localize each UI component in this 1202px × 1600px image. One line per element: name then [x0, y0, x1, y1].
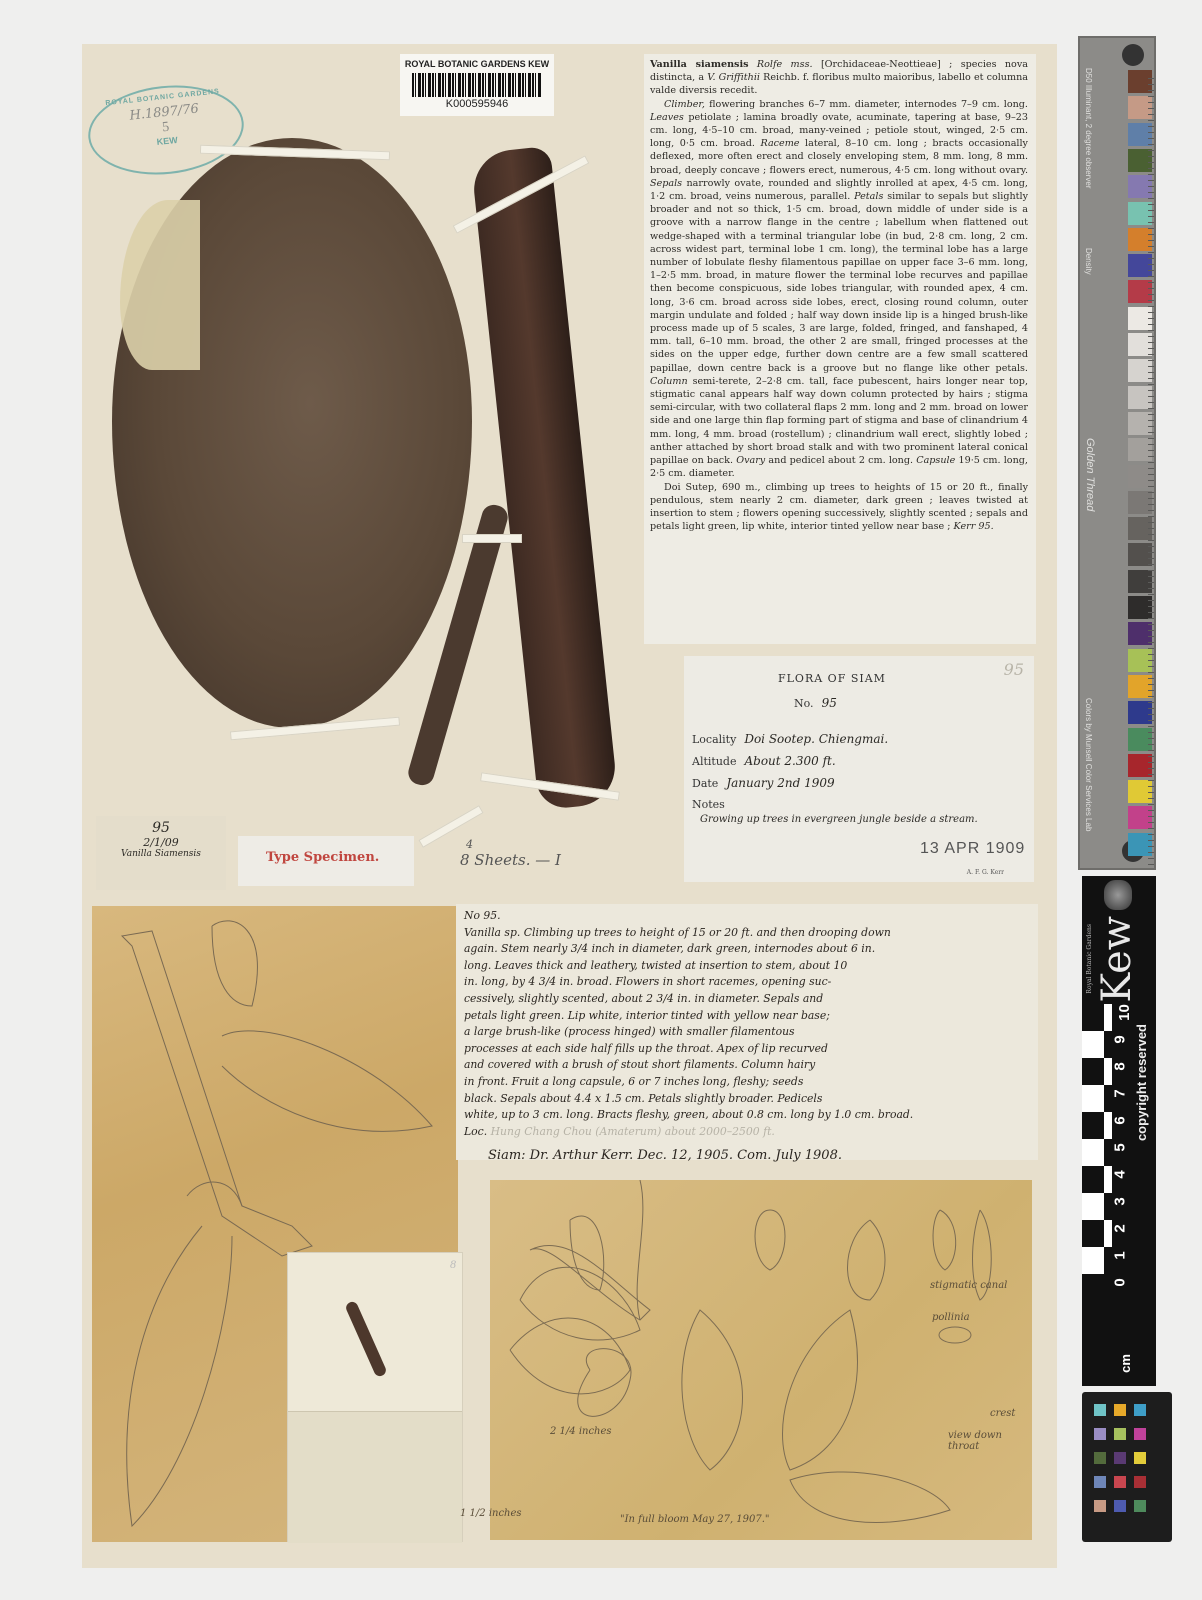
habit-text: flowering branches 6–7 mm. diameter, int…	[709, 99, 1028, 110]
mini-swatch	[1114, 1476, 1126, 1488]
received-date-stamp: 13 APR 1909	[920, 840, 1025, 858]
mini-swatch	[1114, 1428, 1126, 1440]
barcode-number: K000595946	[400, 98, 554, 110]
mini-swatch	[1134, 1500, 1146, 1512]
determination-slip: 95 2/1/09 Vanilla Siamensis	[96, 816, 226, 890]
notes-line: long. Leaves thick and leathery, twisted…	[464, 958, 1030, 975]
mini-swatch	[1094, 1452, 1106, 1464]
sheets-note: 4 8 Sheets. — I	[460, 838, 561, 869]
raceme-lead: Raceme	[761, 138, 800, 149]
habit-lead: Climber,	[664, 99, 705, 110]
loc-faint-text: Hung Chang Chou (Amaterum) about 2000–25…	[491, 1125, 775, 1138]
notes-line: petals light green. Lip white, interior …	[464, 1008, 1030, 1025]
mini-swatch	[1094, 1428, 1106, 1440]
mini-swatch	[1094, 1404, 1106, 1416]
loc-label: Loc.	[464, 1125, 487, 1138]
mounting-strip	[462, 534, 522, 543]
institution-name: ROYAL BOTANIC GARDENS KEW	[400, 59, 554, 69]
notes-line: white, up to 3 cm. long. Bracts fleshy, …	[464, 1107, 1030, 1124]
sepals-lead: Sepals	[650, 178, 682, 189]
tick-label: 7	[1112, 1089, 1129, 1097]
mini-color-checker	[1082, 1392, 1172, 1542]
botanical-drawing-flower-parts: stigmatic canal pollinia view down throa…	[490, 1180, 1032, 1540]
type-specimen-label: Type Specimen.	[238, 836, 414, 886]
mini-swatch	[1094, 1476, 1106, 1488]
flora-of-siam-label: 95 FLORA OF SIAM No.95 LocalityDoi Soote…	[684, 656, 1034, 882]
collector-ref: Kerr 95.	[954, 521, 994, 532]
species-description-label: Vanilla siamensis Rolfe mss. [Orchidacea…	[644, 54, 1036, 644]
scale-unit: cm	[1118, 1354, 1133, 1373]
packet-fold	[288, 1411, 462, 1543]
kew-crest-icon	[1104, 880, 1132, 910]
mini-swatch	[1134, 1476, 1146, 1488]
compare-species: V. Griffithii	[707, 72, 760, 83]
sheets-small: 4	[466, 838, 561, 851]
caption-view-down-throat: view down throat	[948, 1430, 1032, 1452]
locality-label: Locality	[692, 733, 736, 746]
notes-line: black. Sepals about 4.4 x 1.5 cm. Petals…	[464, 1091, 1030, 1108]
notes-line: cessively, slightly scented, about 2 3/4…	[464, 991, 1030, 1008]
slip-date: 2/1/09	[96, 836, 226, 849]
dried-pod-specimen	[344, 1300, 388, 1378]
mini-swatch	[1114, 1452, 1126, 1464]
tick-label: 4	[1112, 1170, 1129, 1178]
collection-number: 95	[822, 696, 837, 710]
mini-swatch	[1094, 1500, 1106, 1512]
type-specimen-text: Type Specimen.	[266, 850, 379, 865]
tick-label: 10	[1116, 1004, 1133, 1021]
mini-swatch	[1134, 1404, 1146, 1416]
caption-lip-length: 1 1/2 inches	[460, 1508, 522, 1519]
notes-line: Vanilla sp. Climbing up trees to height …	[464, 925, 1030, 942]
tick-label: 1	[1112, 1251, 1129, 1259]
copyright-text: copyright reserved	[1134, 1024, 1149, 1141]
altitude-value: About 2.300 ft.	[744, 754, 835, 768]
date-label: Date	[692, 777, 718, 790]
packet-mark: 8	[450, 1257, 456, 1272]
handwritten-field-notes: No 95. Vanilla sp. Climbing up trees to …	[456, 904, 1038, 1160]
notes-value: Growing up trees in evergreen jungle bes…	[700, 814, 978, 825]
column-text: semi-terete, 2–2·8 cm. tall, face pubesc…	[650, 376, 1028, 466]
collector-name: A. F. G. Kerr	[967, 869, 1004, 876]
altitude-label: Altitude	[692, 755, 736, 768]
no-label: No.	[794, 697, 814, 710]
notes-line: in front. Fruit a long capsule, 6 or 7 i…	[464, 1074, 1030, 1091]
notes-line: in. long, by 4 3/4 in. broad. Flowers in…	[464, 974, 1030, 991]
caption-pollinia: pollinia	[932, 1312, 970, 1323]
notes-label: Notes	[692, 798, 725, 811]
slip-name: Vanilla Siamensis	[96, 849, 226, 859]
author: Rolfe mss.	[757, 59, 813, 70]
barcode-icon	[412, 73, 542, 97]
ovary-lead: Ovary	[736, 455, 765, 466]
flower-dissection-sketch-icon	[490, 1180, 1032, 1540]
tick-label: 2	[1112, 1224, 1129, 1232]
color-calibration-card: D50 Illuminant, 2 degree observer Densit…	[1078, 36, 1156, 870]
card-density-label: Density	[1084, 248, 1093, 275]
petals-lead: Petals	[854, 191, 883, 202]
slip-number: 95	[96, 820, 226, 836]
mini-swatch	[1114, 1404, 1126, 1416]
kew-scale-bar: Royal Botanic Gardens Kew copyright rese…	[1082, 876, 1156, 1386]
caption-bloom-date: "In full bloom May 27, 1907."	[620, 1514, 770, 1525]
notes-line: and covered with a brush of stout short …	[464, 1057, 1030, 1074]
collector-signature: Siam: Dr. Arthur Kerr. Dec. 12, 1905. Co…	[464, 1148, 1030, 1165]
card-brand: Golden Thread	[1084, 438, 1096, 511]
card-munsell-text: Colors by Munsell Color Services Lab	[1084, 698, 1093, 831]
tick-label: 8	[1112, 1062, 1129, 1070]
tick-label: 6	[1112, 1116, 1129, 1124]
label-heading: FLORA OF SIAM	[778, 672, 886, 685]
kew-brand-small: Royal Botanic Gardens	[1086, 924, 1093, 994]
date-value: January 2nd 1909	[726, 776, 834, 790]
caption-flower-width: 2 1/4 inches	[550, 1426, 612, 1437]
scale-ruler-icon	[1082, 1004, 1112, 1274]
petals-text: similar to sepals but slightly broader a…	[650, 191, 1028, 374]
notes-line: again. Stem nearly 3/4 inch in diameter,…	[464, 941, 1030, 958]
tick-label: 3	[1112, 1197, 1129, 1205]
fragment-packet[interactable]: 8	[287, 1252, 463, 1542]
notes-line: processes at each side half fills up the…	[464, 1041, 1030, 1058]
ovary-text: and pedicel about 2 cm. long.	[768, 455, 913, 466]
locality-value: Doi Sootep. Chiengmai.	[744, 732, 888, 746]
leaves-lead: Leaves	[650, 112, 684, 123]
card-hole-icon	[1122, 44, 1144, 66]
kew-logo: Kew	[1094, 916, 1140, 1003]
species-title: Vanilla siamensis	[650, 59, 749, 70]
pencil-number: 95	[1004, 660, 1024, 679]
column-lead: Column	[650, 376, 688, 387]
tick-label: 0	[1112, 1278, 1129, 1286]
notes-number: No 95.	[464, 908, 1030, 925]
caption-stigmatic-canal: stigmatic canal	[930, 1280, 1007, 1291]
tick-label: 9	[1112, 1035, 1129, 1043]
ruler-ticks	[1148, 78, 1154, 868]
mini-swatch	[1114, 1500, 1126, 1512]
mini-swatch	[1134, 1428, 1146, 1440]
sheets-count: 8 Sheets. — I	[460, 851, 561, 869]
tick-label: 5	[1112, 1143, 1129, 1151]
notes-line: a large brush-like (process hinged) with…	[464, 1024, 1030, 1041]
capsule-lead: Capsule	[916, 455, 955, 466]
barcode-label: ROYAL BOTANIC GARDENS KEW K000595946	[400, 54, 554, 116]
mini-swatch	[1134, 1452, 1146, 1464]
card-illuminant-text: D50 Illuminant, 2 degree observer	[1084, 68, 1093, 189]
caption-crest: crest	[990, 1408, 1015, 1419]
